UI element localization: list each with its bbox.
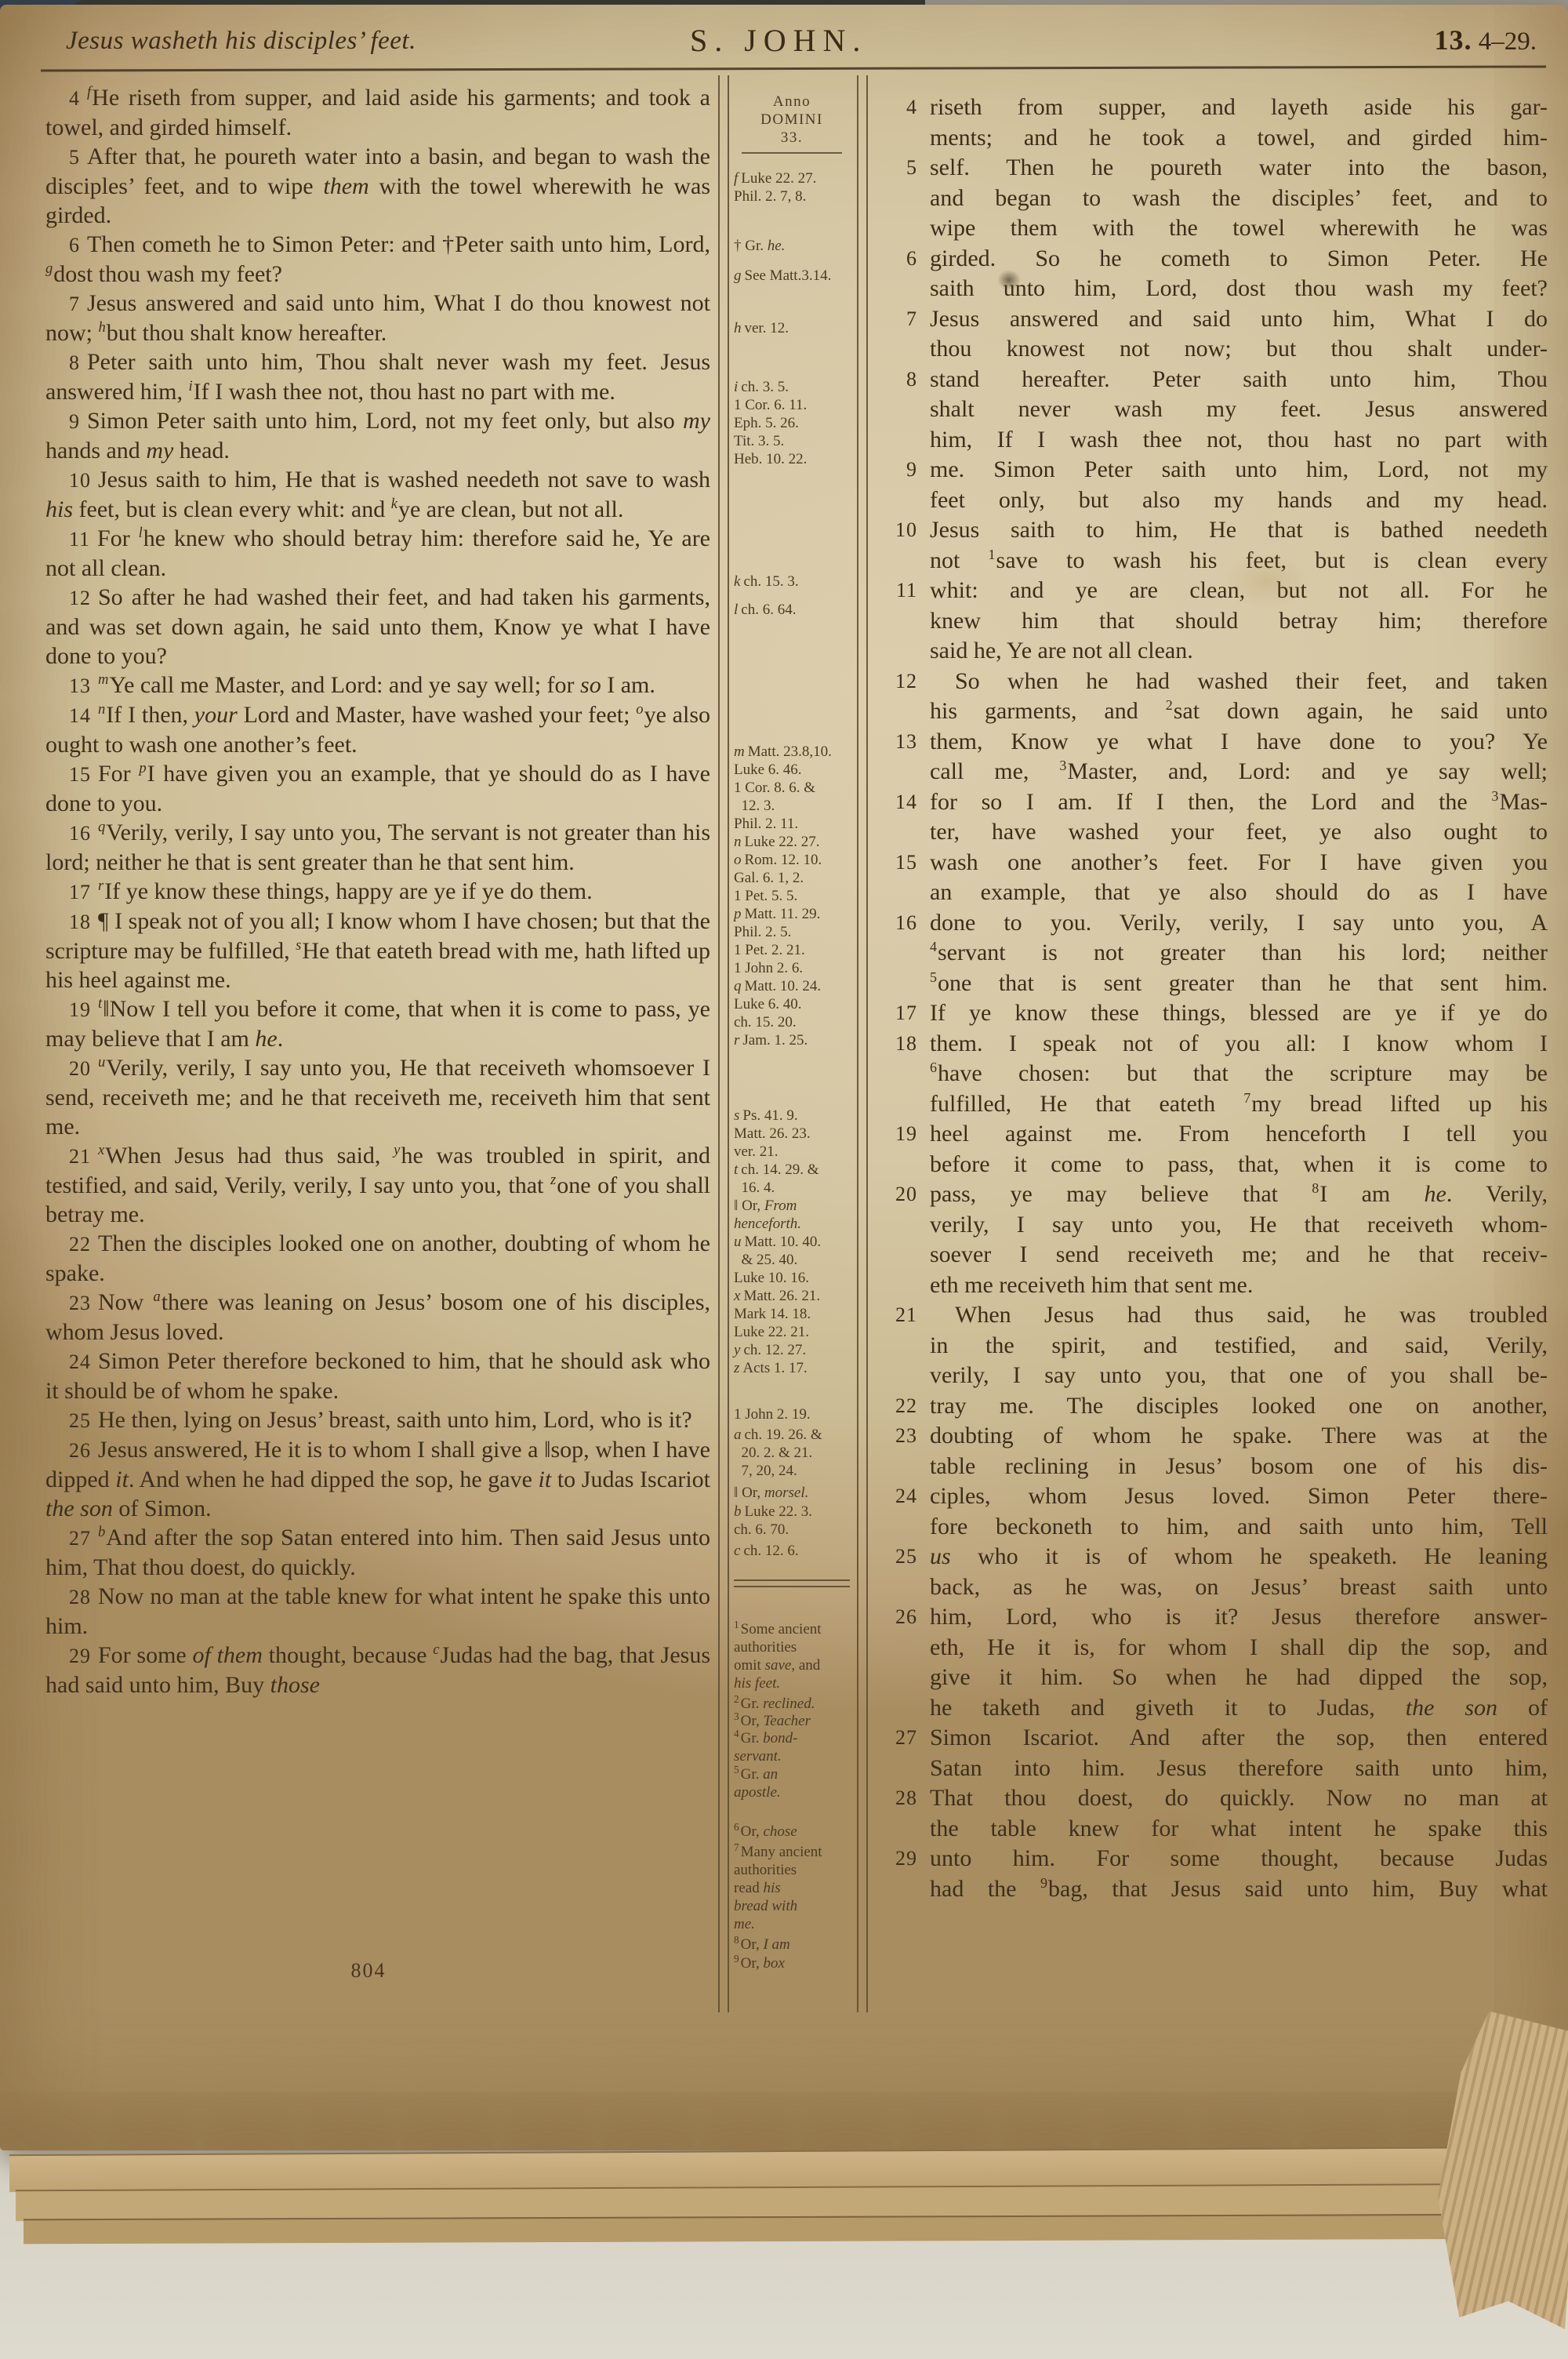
rv-line-text: an example, that ye also should do as I …: [930, 878, 1548, 908]
text-segment: before it come to pass, that, when it is…: [930, 1151, 1548, 1177]
text-segment: Many ancient: [741, 1844, 822, 1860]
note-line: his feet.: [734, 1674, 850, 1692]
cross-reference-group: kch. 15. 3.: [734, 572, 850, 591]
text-segment: eth, He it is, for whom I shall dip the …: [930, 1634, 1548, 1660]
text-segment: have chosen: but that the scripture may …: [938, 1060, 1548, 1086]
text-segment: henceforth.: [734, 1216, 801, 1232]
cross-reference-group: ach. 19. 26. & 20. 2. & 21. 7, 20, 24.: [734, 1426, 850, 1480]
text-segment: r: [734, 1032, 739, 1049]
text-segment: your: [194, 702, 238, 728]
note-line: 8Or, I am: [734, 1936, 850, 1954]
kjv-verse: 8Peter saith unto him, Thou shalt never …: [45, 347, 710, 406]
note-line: authorities: [734, 1861, 850, 1879]
note-line: ch. 6. 70.: [734, 1521, 850, 1539]
verse-number: 13: [69, 674, 98, 697]
text-segment: the son: [1406, 1695, 1497, 1721]
text-segment: 6: [930, 1060, 937, 1075]
verse-number: 10: [69, 469, 98, 492]
text-segment: ch. 6. 64.: [741, 602, 796, 618]
rv-line: 25us who it is of whom he speaketh. He l…: [877, 1542, 1548, 1572]
rv-line-text: eth me receiveth him that sent me.: [930, 1270, 1548, 1301]
text-segment: authorities: [734, 1639, 797, 1656]
rv-line-text: doubting of whom he spake. There was at …: [930, 1421, 1548, 1452]
text-segment: n: [734, 834, 742, 850]
rv-line-text: tray me. The disciples looked one on ano…: [930, 1391, 1548, 1422]
verse-number: 11: [877, 576, 930, 606]
cross-reference-group: ‖ Or, morsel.: [734, 1484, 850, 1502]
text-segment: Matt. 10. 40.: [745, 1234, 822, 1250]
text-segment: n: [98, 701, 105, 718]
verse-number: [877, 1240, 930, 1270]
text-segment: t: [98, 995, 102, 1012]
verse-number: 12: [877, 667, 930, 697]
cross-reference-group: cch. 12. 6.: [734, 1542, 850, 1560]
column-rule: [728, 75, 729, 2012]
rv-line-text: us who it is of whom he speaketh. He lea…: [930, 1542, 1548, 1572]
text-segment: not: [930, 547, 989, 573]
rv-line-text: ments; and he took a towel, and girded h…: [930, 123, 1548, 154]
rv-line: 28That thou doest, do quickly. Now no ma…: [877, 1783, 1548, 1814]
text-segment: If ye know these things, blessed are ye …: [930, 1000, 1548, 1026]
rv-line: before it come to pass, that, when it is…: [877, 1150, 1548, 1180]
rv-line: verily, I say unto you, He that receivet…: [877, 1210, 1548, 1241]
text-segment: Mark 14. 18.: [734, 1306, 811, 1322]
text-segment: 7: [1243, 1090, 1250, 1106]
text-segment: ter, have washed your feet, ye also ough…: [930, 819, 1548, 845]
rv-marginal-note: 7Many ancientauthoritiesread hisbread wi…: [734, 1843, 850, 1933]
text-segment: 1 Pet. 5. 5.: [734, 888, 797, 904]
kjv-verse: 22Then the disciples looked one on anoth…: [45, 1229, 710, 1288]
text-segment: h: [734, 320, 742, 336]
text-segment: † Gr.: [734, 238, 768, 254]
rv-line-text: call me, 3Master, and, Lord: and ye say …: [930, 757, 1548, 787]
text-segment: his feet.: [734, 1675, 780, 1692]
text-segment: Matt. 10. 24.: [745, 978, 822, 994]
text-segment: unto him. For some thought, because Juda…: [930, 1845, 1548, 1871]
text-segment: the son: [45, 1496, 113, 1521]
text-segment: my bread lifted up his: [1251, 1091, 1548, 1117]
text-segment: an: [763, 1766, 778, 1783]
text-segment: & 25. 40.: [734, 1252, 797, 1268]
rv-line: give it him. So when he had dipped the s…: [877, 1663, 1548, 1693]
kjv-verse: 16qVerily, verily, I say unto you, The s…: [45, 818, 710, 877]
note-line: xMatt. 26. 21.: [734, 1287, 850, 1305]
text-segment: 5: [930, 969, 937, 985]
note-line: 7, 20, 24.: [734, 1462, 850, 1480]
text-segment: him, Lord, who is it? Jesus therefore an…: [930, 1604, 1548, 1630]
kjv-verse: 5After that, he poureth water into a bas…: [45, 142, 710, 230]
rv-line: thou knowest not now; but thou shalt und…: [877, 334, 1548, 365]
note-line: 1 Pet. 5. 5.: [734, 887, 850, 905]
text-segment: Now no man at the table knew for what in…: [45, 1583, 710, 1639]
text-segment: servant is not greater than his lord; ne…: [938, 940, 1548, 965]
rv-marginal-note: 5Gr. anapostle.: [734, 1765, 850, 1801]
verse-number: 9: [69, 410, 87, 433]
text-segment: us: [930, 1543, 951, 1569]
note-line: ach. 19. 26. &: [734, 1426, 850, 1444]
text-segment: 3: [734, 1710, 739, 1722]
text-segment: ch. 6. 70.: [734, 1521, 789, 1538]
rv-line-text: So when he had washed their feet, and ta…: [930, 667, 1548, 697]
text-segment: b: [734, 1503, 742, 1520]
kjv-verse: 6Then cometh he to Simon Peter: and †Pet…: [45, 230, 710, 289]
text-segment: my: [146, 438, 173, 463]
text-segment: u: [98, 1054, 105, 1070]
note-line: 2Gr. reclined.: [734, 1695, 850, 1713]
rv-line-text: Simon Iscariot. And after the sop, then …: [930, 1723, 1548, 1754]
text-segment: I am: [1319, 1181, 1424, 1207]
text-segment: omit: [734, 1657, 765, 1674]
note-line: Matt. 26. 23.: [734, 1125, 850, 1143]
text-segment: Jesus answered and said unto him, What I…: [930, 306, 1548, 332]
text-segment: b: [98, 1524, 105, 1540]
verse-number: [877, 1210, 930, 1241]
text-segment: y: [734, 1342, 740, 1358]
text-segment: 1: [734, 1619, 739, 1630]
note-line: Eph. 5. 26.: [734, 414, 850, 432]
verse-number: [877, 1754, 930, 1784]
verse-number: [877, 817, 930, 848]
text-segment: l: [734, 602, 738, 618]
cross-reference-group: 1 John 2. 19.: [734, 1405, 850, 1423]
text-segment: r: [98, 878, 103, 894]
rv-line: 17If ye know these things, blessed are y…: [877, 998, 1548, 1029]
verse-number: 10: [877, 515, 930, 546]
kjv-verse: 23Now athere was leaning on Jesus’ bosom…: [45, 1288, 710, 1347]
text-segment: ch. 12. 6.: [743, 1543, 798, 1559]
text-segment: verily, I say unto you, that one of you …: [930, 1362, 1548, 1388]
cross-reference-group: gSee Matt.3.14.: [734, 267, 850, 285]
rv-line: 8stand hereafter. Peter saith unto him, …: [877, 365, 1548, 395]
text-segment: girded. So he cometh to Simon Peter. He: [930, 245, 1548, 271]
note-line: me.: [734, 1915, 850, 1933]
rv-line: shalt never wash my feet. Jesus answered: [877, 394, 1548, 425]
text-segment: those: [270, 1672, 320, 1698]
chapter-number: 13.: [1435, 24, 1472, 56]
text-segment: Or,: [741, 1713, 764, 1729]
text-segment: them: [323, 173, 368, 199]
text-segment: Or,: [741, 1955, 764, 1972]
rv-line: Satan into him. Jesus therefore saith un…: [877, 1754, 1548, 1784]
text-segment: k: [734, 573, 740, 590]
verse-number: [877, 878, 930, 908]
rv-marginal-note: 9Or, box: [734, 1954, 850, 1972]
rv-line-text: fulfilled, He that eateth 7my bread lift…: [930, 1089, 1548, 1120]
text-segment: so: [580, 672, 601, 698]
text-segment: Simon Peter therefore beckoned to him, t…: [45, 1348, 710, 1404]
text-segment: ch. 15. 3.: [743, 573, 798, 590]
text-segment: 3: [1059, 758, 1066, 773]
rv-line-text: 4servant is not greater than his lord; n…: [930, 938, 1548, 969]
text-segment: heel against me. From henceforth I tell …: [930, 1121, 1548, 1147]
text-segment: his: [45, 496, 73, 522]
text-segment: z: [550, 1172, 556, 1188]
verse-number: [877, 1572, 930, 1603]
rv-line-text: riseth from supper, and layeth aside his…: [930, 93, 1548, 123]
text-segment: Lord and Master, have washed your feet;: [238, 702, 636, 728]
note-line: sPs. 41. 9.: [734, 1107, 850, 1125]
rv-line: 5self. Then he poureth water into the ba…: [877, 153, 1548, 184]
text-segment: me. Simon Peter saith unto him, Lord, no…: [930, 456, 1548, 482]
rv-line-text: When Jesus had thus said, he was trouble…: [930, 1300, 1548, 1331]
text-segment: Mas-: [1499, 789, 1548, 815]
kjv-verse: 28Now no man at the table knew for what …: [45, 1582, 710, 1641]
rv-line: ter, have washed your feet, ye also ough…: [877, 817, 1548, 848]
verse-number: [877, 1814, 930, 1845]
text-segment: l: [139, 525, 143, 541]
rv-marginal-note: 3Or, Teacher: [734, 1712, 850, 1730]
rv-line-text: the table knew for what intent he spake …: [930, 1814, 1548, 1845]
rv-line: not 1save to wash his feet, but is clean…: [877, 546, 1548, 576]
note-line: henceforth.: [734, 1215, 850, 1233]
verse-number: [877, 969, 930, 999]
text-segment: hands and: [45, 438, 146, 463]
text-segment: them, Know ye what I have done to you? Y…: [930, 729, 1548, 754]
rv-line: 6girded. So he cometh to Simon Peter. He: [877, 244, 1548, 274]
text-segment: authorities: [734, 1862, 797, 1878]
text-segment: ver. 12.: [745, 320, 789, 336]
verse-number: [877, 1663, 930, 1693]
verse-number: 23: [69, 1292, 98, 1314]
text-segment: morsel.: [764, 1485, 808, 1501]
verse-number: 4: [877, 93, 930, 123]
rv-line: 20pass, ye may believe that 8I am he. Ve…: [877, 1179, 1548, 1210]
text-segment: an example, that ye also should do as I …: [930, 879, 1548, 905]
text-segment: Acts 1. 17.: [742, 1360, 807, 1376]
text-segment: dost thou wash my feet?: [53, 261, 282, 287]
text-segment: him, If I wash thee not, thou hast no pa…: [930, 427, 1548, 453]
text-segment: but thou shalt know hereafter.: [107, 320, 387, 346]
text-segment: .: [278, 1026, 284, 1052]
rv-line-text: said he, Ye are not all clean.: [930, 636, 1548, 667]
text-segment: Phil. 2. 11.: [734, 816, 798, 832]
text-segment: his garments, and: [930, 698, 1166, 724]
verse-number: 23: [877, 1421, 930, 1452]
rv-line: 7Jesus answered and said unto him, What …: [877, 304, 1548, 335]
rv-marginal-note: 6Or, chose: [734, 1823, 850, 1841]
rv-line: 23doubting of whom he spake. There was a…: [877, 1421, 1548, 1452]
rv-line-text: shalt never wash my feet. Jesus answered: [930, 394, 1548, 425]
note-line: authorities: [734, 1638, 850, 1656]
rv-line: he taketh and giveth it to Judas, the so…: [877, 1693, 1548, 1724]
verse-number: [877, 394, 930, 425]
rv-line-text: before it come to pass, that, when it is…: [930, 1150, 1548, 1180]
rv-line-text: Satan into him. Jesus therefore saith un…: [930, 1754, 1548, 1784]
rv-line-text: me. Simon Peter saith unto him, Lord, no…: [930, 455, 1548, 485]
note-line: Phil. 2. 5.: [734, 923, 850, 941]
text-segment: 7, 20, 24.: [734, 1463, 797, 1479]
rv-line: an example, that ye also should do as I …: [877, 878, 1548, 908]
anno-line: Anno: [732, 93, 851, 111]
text-segment: pass, ye may believe that: [930, 1181, 1312, 1207]
rv-line: 22tray me. The disciples looked one on a…: [877, 1391, 1548, 1422]
text-segment: For: [98, 761, 139, 787]
text-segment: Phil. 2. 7, 8.: [734, 188, 806, 205]
text-segment: Rom. 12. 10.: [745, 852, 822, 868]
text-segment: 16. 4.: [734, 1179, 775, 1196]
page-stack-edge: [24, 2214, 1551, 2245]
rv-line: 5one that is sent greater than he that s…: [877, 969, 1548, 999]
kjv-verse: 12So after he had washed their feet, and…: [45, 583, 710, 671]
note-line: Luke 22. 21.: [734, 1323, 850, 1341]
rv-line-text: them. I speak not of you all: I know who…: [930, 1029, 1548, 1060]
note-line: zActs 1. 17.: [734, 1359, 850, 1377]
verse-number: [877, 1270, 930, 1301]
verse-number: 11: [69, 528, 97, 551]
rv-line: wipe them with the towel wherewith he wa…: [877, 213, 1548, 244]
text-segment: 9: [734, 1953, 739, 1965]
text-segment: 8: [1312, 1180, 1319, 1196]
verse-number: 22: [877, 1391, 930, 1422]
text-segment: feet, but is clean every whit: and: [73, 496, 391, 522]
column-rule: [866, 75, 868, 2012]
verse-number: 15: [877, 848, 930, 878]
verse-number: [877, 1150, 930, 1180]
rv-line: 6have chosen: but that the scripture may…: [877, 1059, 1548, 1089]
text-segment: s: [734, 1107, 739, 1124]
verse-number: 27: [69, 1527, 98, 1550]
rv-line-text: wipe them with the towel wherewith he wa…: [930, 213, 1548, 244]
verse-number: 20: [69, 1057, 98, 1080]
verse-range: 4–29.: [1472, 27, 1537, 56]
cross-reference-group: fLuke 22. 27.Phil. 2. 7, 8.: [734, 169, 850, 205]
note-line: read his: [734, 1879, 850, 1897]
note-line: uMatt. 10. 40.: [734, 1233, 850, 1251]
text-segment: ch. 14. 29. &: [741, 1161, 818, 1178]
rv-line: feet only, but also my hands and my head…: [877, 485, 1548, 516]
rv-line: 10Jesus saith to him, He that is bathed …: [877, 515, 1548, 546]
text-segment: Satan into him. Jesus therefore saith un…: [930, 1755, 1548, 1781]
text-segment: And after the sop Satan entered into him…: [45, 1525, 710, 1580]
text-segment: give it him. So when he had dipped the s…: [930, 1664, 1548, 1690]
text-segment: Luke 22. 3.: [745, 1503, 813, 1520]
note-line: apostle.: [734, 1783, 850, 1801]
text-segment: Luke 10. 16.: [734, 1270, 809, 1286]
text-segment: Jesus saith to him, He that is bathed ne…: [930, 517, 1548, 543]
text-segment: Matt. 26. 23.: [734, 1125, 811, 1142]
text-segment: one that is sent greater than he that se…: [938, 970, 1548, 996]
text-segment: he taketh and giveth it to Judas,: [930, 1695, 1406, 1721]
cross-reference-group: bLuke 22. 3.ch. 6. 70.: [734, 1503, 850, 1539]
anno-line: DOMINI: [732, 111, 851, 129]
text-segment: bread with: [734, 1898, 797, 1914]
note-line: oRom. 12. 10.: [734, 851, 850, 869]
rv-line-text: Jesus saith to him, He that is bathed ne…: [930, 515, 1548, 546]
rv-line-text: If ye know these things, blessed are ye …: [930, 998, 1548, 1029]
verse-number: 18: [69, 911, 98, 933]
rv-line-text: verily, I say unto you, He that receivet…: [930, 1210, 1548, 1241]
text-segment: If I then,: [106, 702, 194, 728]
text-segment: Phil. 2. 5.: [734, 924, 791, 940]
verse-number: [877, 938, 930, 969]
verse-number: 25: [877, 1542, 930, 1572]
text-segment: table reclining in Jesus’ bosom one of h…: [930, 1453, 1548, 1479]
text-segment: z: [734, 1360, 739, 1376]
text-segment: a: [734, 1427, 742, 1443]
rv-line: fore beckoneth to him, and saith unto hi…: [877, 1512, 1548, 1543]
verse-number: [877, 1633, 930, 1663]
text-segment: Verily, verily, I say unto you, He that …: [45, 1055, 710, 1140]
rv-line-text: had the 9bag, that Jesus said unto him, …: [930, 1874, 1548, 1905]
text-segment: 1 Pet. 2. 21.: [734, 942, 805, 958]
rv-line: call me, 3Master, and, Lord: and ye say …: [877, 757, 1548, 787]
text-segment: feet only, but also my hands and my head…: [930, 487, 1548, 513]
text-segment: who it is of whom he speaketh. He leanin…: [951, 1543, 1548, 1569]
text-segment: 2: [734, 1693, 739, 1705]
text-segment: to Judas Iscariot: [551, 1467, 710, 1492]
text-segment: When Jesus had thus said,: [105, 1143, 394, 1169]
text-segment: For some: [98, 1642, 193, 1668]
verse-number: 7: [877, 304, 930, 335]
rv-line: 11whit: and ye are clean, but not all. F…: [877, 576, 1548, 606]
text-segment: 1: [989, 547, 996, 562]
text-segment: bond-: [763, 1730, 797, 1747]
note-line: ‖ Or, From: [734, 1197, 850, 1215]
text-segment: He riseth from supper, and laid aside hi…: [45, 85, 710, 140]
text-segment: the table knew for what intent he spake …: [930, 1816, 1548, 1841]
rv-line-text: for so I am. If I then, the Lord and the…: [930, 787, 1548, 818]
verse-number: 20: [877, 1179, 930, 1210]
text-segment: fore beckoneth to him, and saith unto hi…: [930, 1514, 1548, 1539]
verse-number: 15: [69, 763, 98, 786]
text-segment: q: [734, 978, 742, 994]
text-segment: Luke 6. 40.: [734, 996, 802, 1012]
kjv-verse: 24Simon Peter therefore beckoned to him,…: [45, 1347, 710, 1405]
running-head: Jesus washeth his disciples’ feet.: [66, 27, 416, 56]
verse-number: 5: [877, 153, 930, 184]
note-line: qMatt. 10. 24.: [734, 977, 850, 995]
cross-reference-group: mMatt. 23.8,10.Luke 6. 46.1 Cor. 8. 6. &…: [734, 743, 850, 1049]
rv-line-text: wash one another’s feet. For I have give…: [930, 848, 1548, 878]
verse-number: 14: [877, 787, 930, 818]
rv-line: 4servant is not greater than his lord; n…: [877, 938, 1548, 969]
text-segment: Gr.: [741, 1696, 764, 1712]
rv-line-text: in the spirit, and testified, and said, …: [930, 1331, 1548, 1361]
text-segment: c: [734, 1543, 740, 1559]
text-segment: had the: [930, 1876, 1040, 1902]
text-segment: stand hereafter. Peter saith unto him, T…: [930, 366, 1548, 392]
text-segment: head.: [173, 438, 230, 463]
column-rule: [718, 75, 720, 2012]
verse-number: 19: [877, 1119, 930, 1150]
text-segment: a: [153, 1289, 160, 1305]
note-line: servant.: [734, 1747, 850, 1765]
note-line: 12. 3.: [734, 797, 850, 815]
verse-number: 7: [69, 293, 87, 315]
note-line: ich. 3. 5.: [734, 378, 850, 396]
text-segment: m: [734, 743, 745, 760]
text-segment: Gr.: [741, 1730, 764, 1747]
rv-line: in the spirit, and testified, and said, …: [877, 1331, 1548, 1361]
rv-line: fulfilled, He that eateth 7my bread lift…: [877, 1089, 1548, 1120]
text-segment: ver. 21.: [734, 1143, 778, 1160]
text-segment: Heb. 10. 22.: [734, 451, 807, 467]
text-segment: them. I speak not of you all: I know who…: [930, 1030, 1548, 1056]
kjv-verse: 13mYe call me Master, and Lord: and ye s…: [45, 671, 710, 700]
text-segment: reclined.: [763, 1696, 815, 1712]
note-line: 20. 2. & 21.: [734, 1444, 850, 1462]
text-segment: ‖Now I tell you before it come, that whe…: [45, 996, 710, 1052]
text-segment: Tit. 3. 5.: [734, 433, 784, 449]
notes-separator-rule: [734, 1579, 850, 1587]
foxing-spot: [1121, 1808, 1231, 1879]
rv-line: eth, He it is, for whom I shall dip the …: [877, 1633, 1548, 1663]
text-segment: done to you. Verily, verily, I say unto …: [930, 910, 1548, 936]
rv-line: soever I send receiveth me; and he that …: [877, 1240, 1548, 1270]
anno-line: 33.: [732, 129, 851, 147]
text-segment: g: [45, 260, 53, 277]
text-segment: So after he had washed their feet, and h…: [45, 584, 710, 669]
